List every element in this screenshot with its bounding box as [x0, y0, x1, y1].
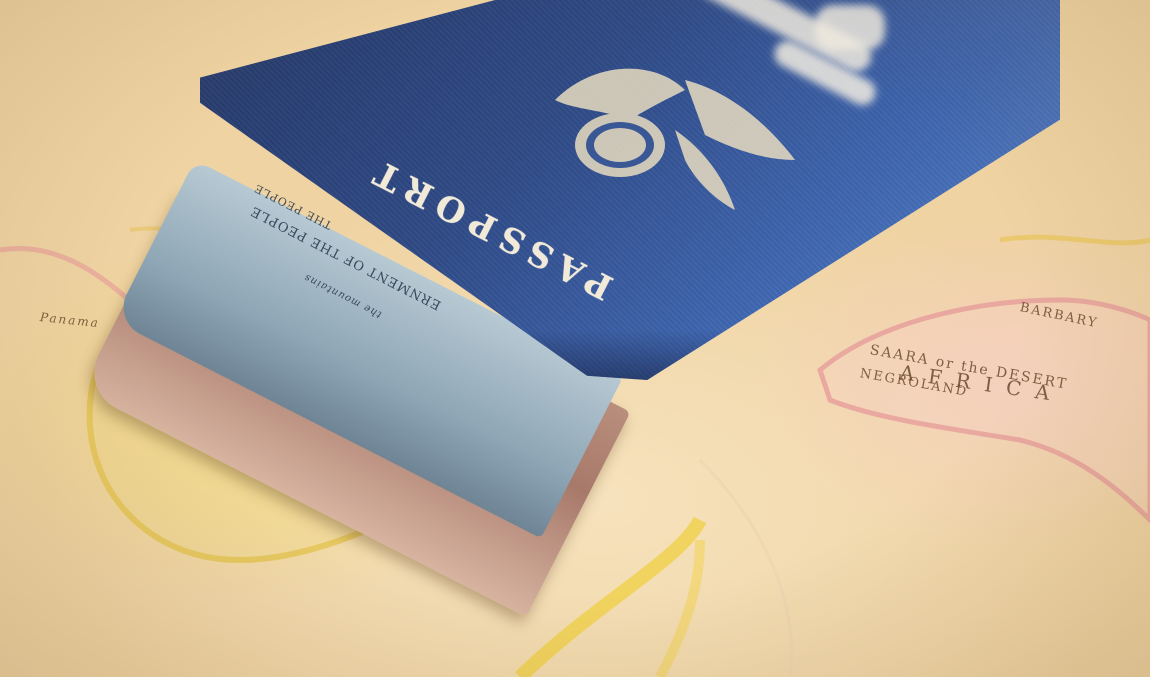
photo-scene: SOUTH TERRA FIRMA AFRICA NEGROLAND SAARA… [0, 0, 1150, 677]
cover-blurred-mark [815, 5, 885, 50]
eagle-emblem-icon [535, 40, 805, 210]
